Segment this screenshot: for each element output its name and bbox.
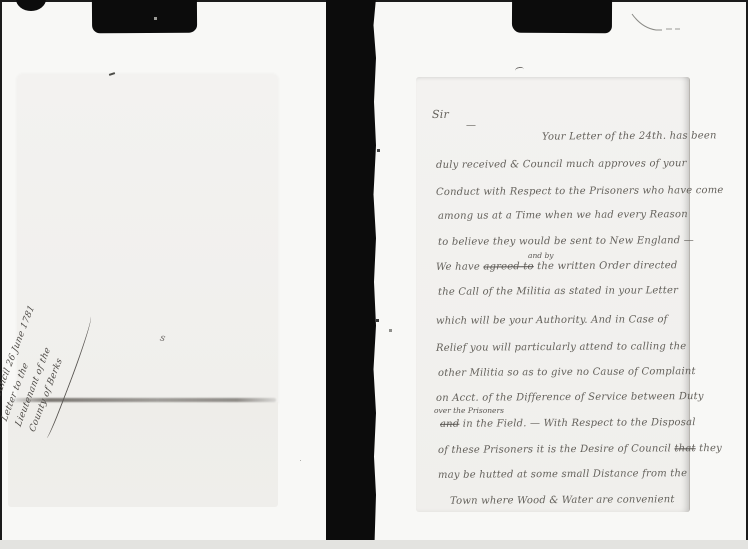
letter-line: We have agreed to the written Order dire… <box>436 260 678 273</box>
pen-mark-above-page <box>515 66 525 73</box>
salutation-dash: — <box>466 120 476 131</box>
struck-text: and <box>440 419 459 430</box>
microfilm-scan-frame: In Council 26 June 1781 Letter to the Li… <box>0 0 748 549</box>
letter-line: on Acct. of the Difference of Service be… <box>436 391 704 404</box>
letter-line-segment: We have <box>436 262 483 273</box>
letter-salutation: Sir <box>432 108 449 121</box>
letter-line-segment: they <box>696 443 722 454</box>
letter-line: of these Prisoners it is the Desire of C… <box>438 443 722 456</box>
letter-line: Your Letter of the 24th. has been <box>542 130 717 142</box>
letter-line: the Call of the Militia as stated in you… <box>438 285 678 298</box>
letter-line: Relief you will particularly attend to c… <box>436 341 686 354</box>
film-scratch-mark <box>628 11 686 35</box>
scan-edge-band <box>0 540 748 549</box>
film-marker-left <box>92 0 197 33</box>
film-marker-right <box>512 0 612 33</box>
letter-line: to believe they would be sent to New Eng… <box>438 235 694 248</box>
struck-text: agreed to <box>483 261 533 272</box>
film-frame-divider <box>326 0 376 544</box>
interline-insertion: over the Prisoners <box>434 406 504 415</box>
letter-line: may be hutted at some small Distance fro… <box>438 468 687 481</box>
letter-line: Town where Wood & Water are convenient <box>450 494 675 507</box>
letter-line: other Militia so as to give no Cause of … <box>438 366 696 379</box>
letter-line: duly received & Council much approves of… <box>436 158 687 171</box>
letter-line: and in the Field. — With Respect to the … <box>440 417 696 430</box>
struck-text: that <box>674 443 695 454</box>
film-sprocket-mark <box>16 0 46 11</box>
letter-line: Conduct with Respect to the Prisoners wh… <box>436 185 724 198</box>
film-dust-specks <box>0 0 1 1</box>
interline-insertion: and by <box>528 251 554 260</box>
letter-line: among us at a Time when we had every Rea… <box>438 209 688 222</box>
letter-line-segment: in the Field. — With Respect to the Disp… <box>459 417 695 430</box>
letter-line-segment: of these Prisoners it is the Desire of C… <box>438 443 675 456</box>
letter-line: which will be your Authority. And in Cas… <box>436 314 668 327</box>
letter-line-segment: the written Order directed <box>534 260 678 272</box>
